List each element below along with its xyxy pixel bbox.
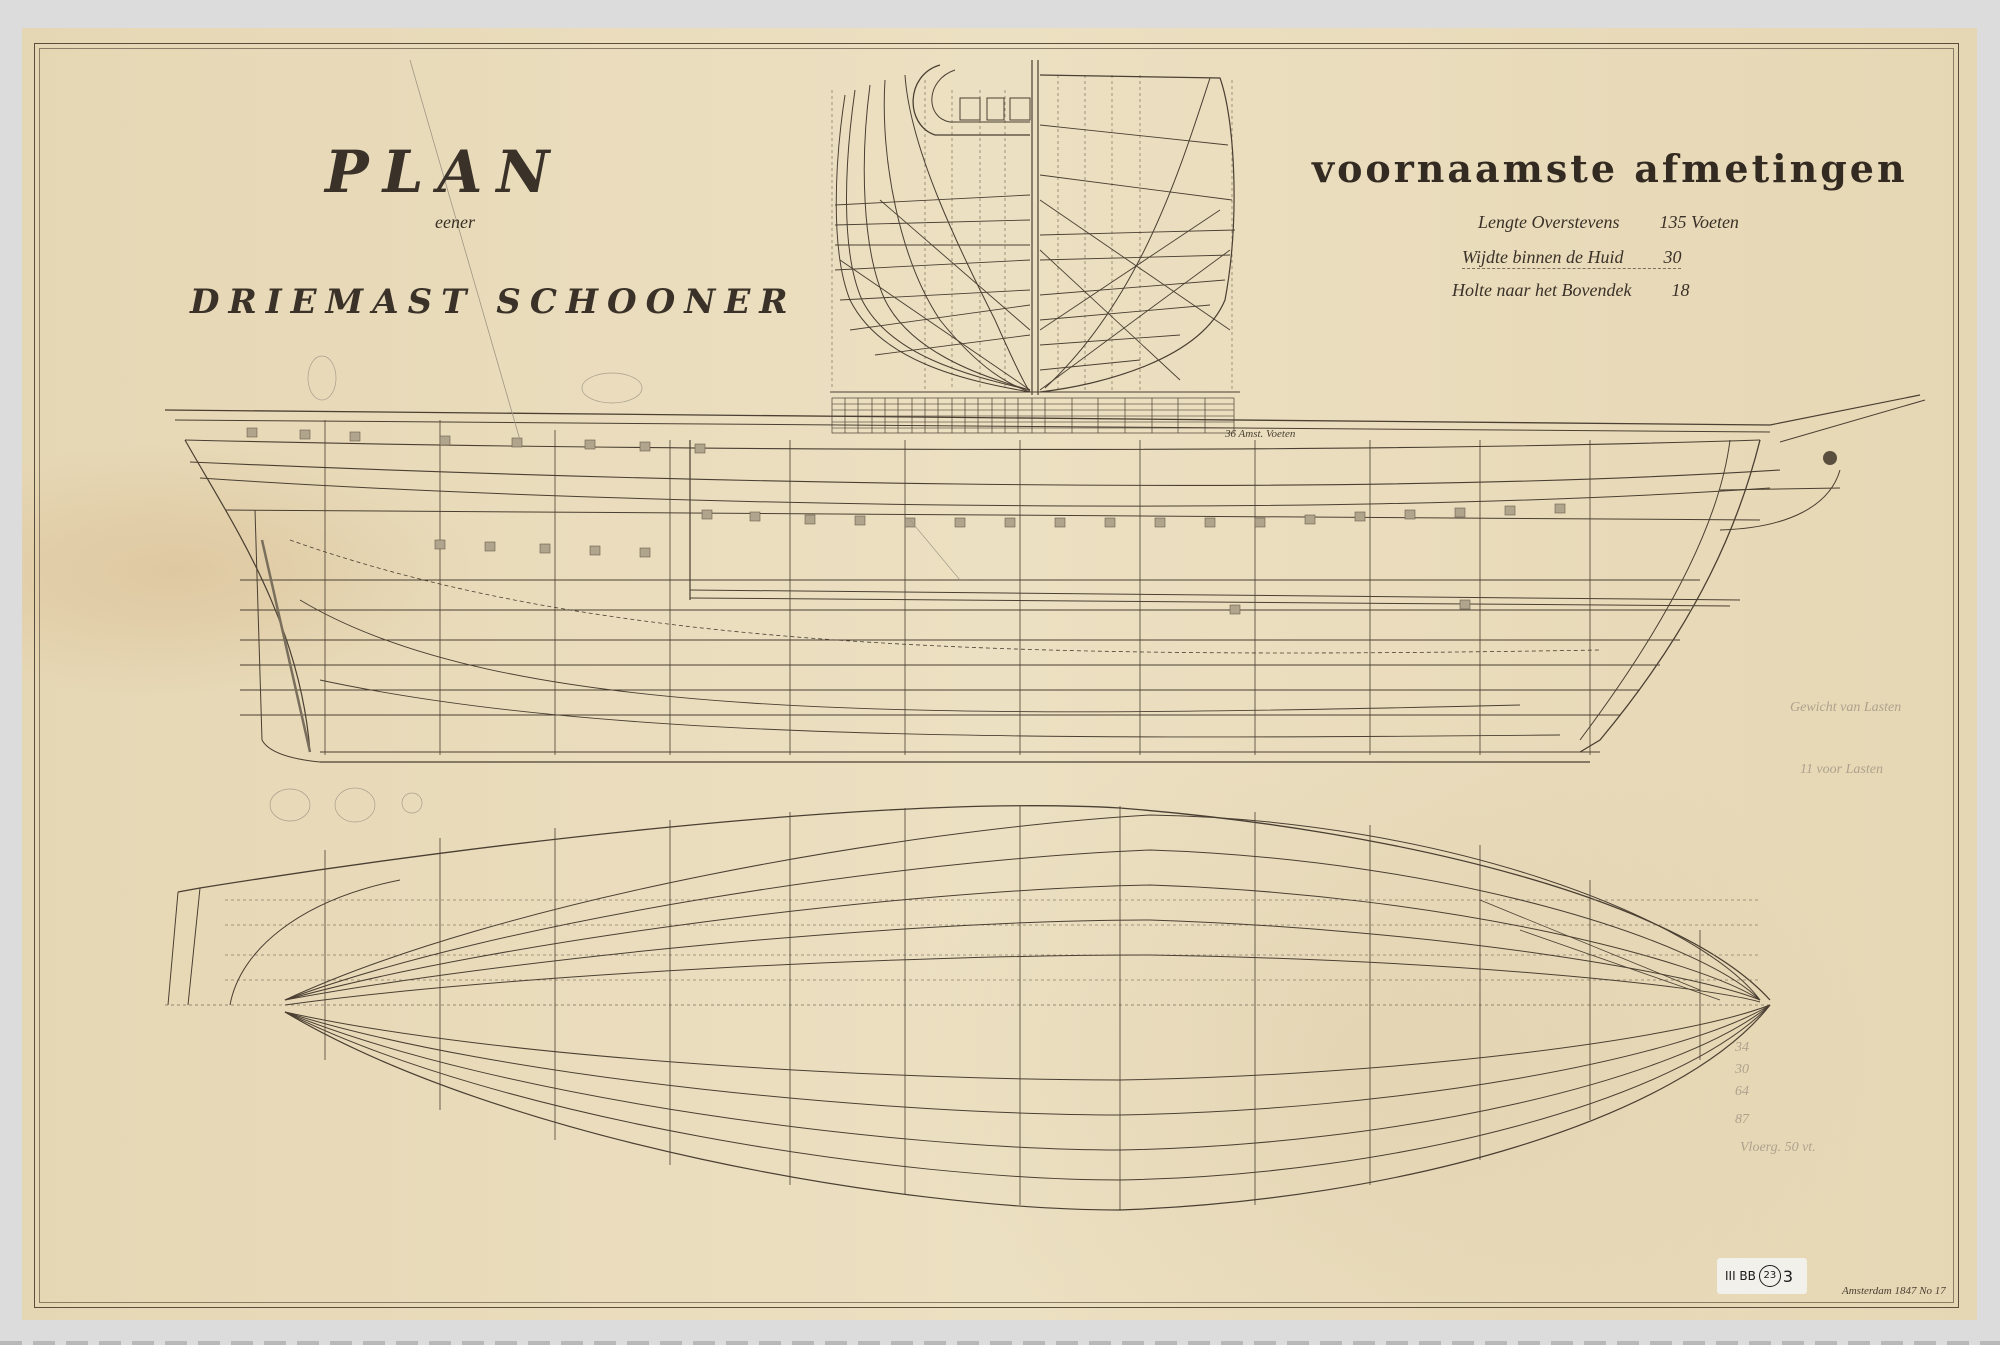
title-article: eener [435,212,475,233]
pencil-note: 34 [1735,1040,1749,1056]
pencil-note: Gewicht van Lasten [1790,700,1901,716]
dimension-value: 135 Voeten [1659,212,1738,232]
pencil-note: 30 [1735,1062,1749,1078]
scale-label: 36 Amst. Voeten [1225,428,1295,440]
catalog-suffix: 3 [1783,1267,1793,1286]
dimension-value: 30 [1663,247,1681,267]
half-breadth-plan [165,806,1770,1210]
dimensions-heading: voornaamste afmetingen [1312,146,1908,191]
dimension-row-depth: Holte naar het Bovendek18 [1452,280,1689,301]
dimension-label: Holte naar het Bovendek [1452,280,1631,300]
catalog-number: 23 [1759,1265,1781,1287]
dimension-row-length: Lengte Overstevens135 Voeten [1478,212,1739,233]
dimension-label: Wijdte binnen de Huid [1462,247,1623,267]
dimension-row-width: Wijdte binnen de Huid30 [1462,247,1681,269]
catalog-prefix: III BB [1725,1269,1756,1283]
title-plan: PLAN [325,138,563,206]
title-ship-type: DRIEMAST SCHOONER [190,282,797,322]
pencil-note: 11 voor Lasten [1800,762,1883,778]
viewer-bottom-strip [0,1341,2000,1345]
pencil-note: Vloerg. 50 vt. [1740,1140,1816,1156]
pencil-note: 87 [1735,1112,1749,1128]
catalog-label: III BB 23 3 [1717,1258,1807,1294]
pencil-note: 64 [1735,1084,1749,1100]
body-plan [830,60,1240,395]
dimension-label: Lengte Overstevens [1478,212,1619,232]
signature: Amsterdam 1847 No 17 [1842,1285,1946,1297]
ship-plans [0,0,2000,1345]
dimension-value: 18 [1671,280,1689,300]
